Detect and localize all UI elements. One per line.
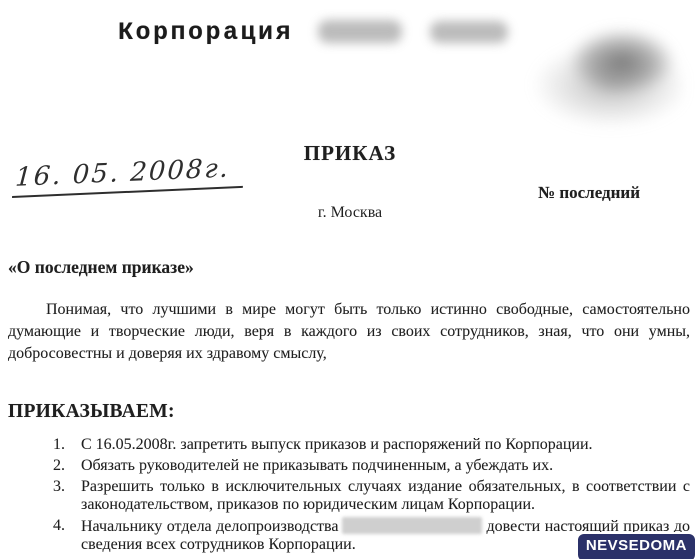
city-line: г. Москва	[0, 204, 700, 222]
list-item-1: 1.С 16.05.2008г. запретить выпуск приказ…	[53, 436, 690, 454]
watermark-label: NEVSEDOMA	[586, 537, 687, 554]
subject-line: «О последнем приказе»	[8, 257, 194, 278]
redacted-company-name-part2	[430, 21, 508, 43]
list-item-2: 2.Обязать руководителей не приказывать п…	[53, 457, 690, 475]
order-number: № последний	[538, 183, 640, 203]
item-text: Обязать руководителей не приказывать под…	[81, 457, 553, 474]
redacted-person-name	[342, 517, 482, 534]
item-number: 2.	[53, 457, 65, 475]
item-number: 3.	[53, 478, 65, 496]
item-text-before-redaction: Начальнику отдела делопроизводства	[81, 518, 338, 535]
item-number: 1.	[53, 436, 65, 454]
redacted-logo	[523, 12, 683, 130]
item-number: 4.	[53, 517, 65, 535]
list-item-3: 3.Разрешить только в исключительных случ…	[53, 478, 690, 514]
item-text: С 16.05.2008г. запретить выпуск приказов…	[81, 436, 593, 453]
item-text: Разрешить только в исключительных случая…	[81, 478, 690, 513]
document-page: Корпорация ПРИКАЗ 16. 05. 2008г. № после…	[0, 0, 700, 559]
corporation-label: Корпорация	[118, 18, 293, 47]
preamble-paragraph: Понимая, что лучшими в мире могут быть т…	[8, 299, 690, 365]
directive-heading: ПРИКАЗЫВАЕМ:	[8, 401, 175, 423]
redacted-company-name-part1	[318, 20, 402, 43]
watermark-badge: NEVSEDOMA	[576, 532, 697, 559]
